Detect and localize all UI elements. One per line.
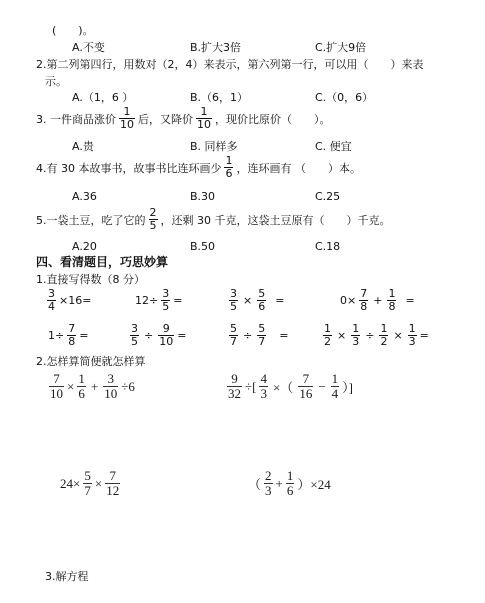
- calc-1-3: 35 × 56 =: [226, 288, 284, 313]
- calc-1-1: 34 ×16=: [44, 288, 91, 313]
- fraction: 712: [105, 469, 120, 498]
- simplify-expr-4: （ 23 + 16 ）×24: [248, 469, 331, 498]
- q1-option-b: B.扩大3倍: [190, 41, 241, 54]
- q1-option-a: A.不变: [72, 41, 105, 54]
- simplify-expr-1: 710 × 16 + 310 ÷6: [46, 372, 135, 401]
- q4-suffix: ，连环画有 （ ）本。: [236, 160, 361, 176]
- calc-tail: =: [279, 329, 288, 342]
- calc-tail: =: [275, 294, 284, 307]
- fraction: 16: [286, 469, 295, 498]
- operator: ×: [337, 329, 346, 342]
- q5-option-a: A.20: [72, 240, 97, 253]
- q4-option-c: C.25: [315, 190, 340, 203]
- calc-tail: =: [405, 294, 414, 307]
- q2-option-a: A.（1，6 ）: [72, 91, 133, 104]
- q1-option-c: C.扩大9倍: [315, 41, 366, 54]
- q3-suffix: ，现价比原价（ ）。: [215, 111, 331, 127]
- calc-head: 24×: [60, 476, 80, 492]
- q5-fraction: 25: [149, 207, 158, 232]
- q2-text-line1: 2.第二列第四行，用数对（2，4）来表示，第六列第一行，可以用（ ）来表: [36, 58, 424, 71]
- operator: +: [373, 294, 382, 307]
- q4-option-b: B.30: [190, 190, 215, 203]
- q3-option-c: C. 便宜: [315, 140, 352, 153]
- q3-prefix: 3. 一件商品涨价: [36, 111, 116, 127]
- fraction: 57: [229, 323, 238, 348]
- calc-1-2: 12÷ 35 =: [135, 288, 182, 313]
- q3-question: 3. 一件商品涨价 110 后，又降价 110 ，现价比原价（ ）。: [36, 106, 331, 131]
- fraction: 12: [379, 323, 388, 348]
- fraction: 910: [158, 323, 174, 348]
- q5-question: 5.一袋土豆，吃了它的 25 ，还剩 30 千克，这袋土豆原有（ ）千克。: [36, 207, 391, 232]
- q5-option-c: C.18: [315, 240, 340, 253]
- fraction: 18: [387, 288, 396, 313]
- q2-text-line2: 示。: [45, 75, 67, 88]
- operator: ×: [243, 294, 252, 307]
- fraction: 710: [49, 372, 64, 401]
- calc-tail: =: [79, 329, 88, 342]
- operator: ÷: [243, 329, 252, 342]
- fraction: 43: [259, 372, 268, 401]
- operator: +: [91, 379, 98, 395]
- q5-option-b: B.50: [190, 240, 215, 253]
- calc-2-3: 57 ÷ 57 =: [226, 323, 288, 348]
- part3-title: 3.解方程: [45, 570, 89, 583]
- fraction: 78: [67, 323, 76, 348]
- simplify-expr-2: 932 ÷[ 43 ×（ 716 − 14 ）]: [224, 372, 353, 401]
- calc-1-4: 0× 78 + 18 =: [340, 288, 415, 313]
- fraction: 78: [359, 288, 368, 313]
- fraction: 34: [47, 288, 56, 313]
- q2-option-b: B.（6，1）: [190, 91, 248, 104]
- calc-tail: ）×24: [297, 474, 330, 493]
- part1-title: 1.直接写得数（8 分）: [36, 273, 145, 286]
- operator: ÷[: [245, 379, 256, 395]
- q4-prefix: 4.有 30 本故事书，故事书比连环画少: [36, 160, 221, 176]
- section-4-title: 四、看清题目，巧思妙算: [36, 256, 168, 269]
- calc-tail: ×16=: [59, 294, 91, 307]
- fraction: 716: [298, 372, 313, 401]
- operator: ×: [67, 379, 74, 395]
- operator: ×: [95, 476, 102, 492]
- operator: ×: [393, 329, 402, 342]
- operator: ×（: [273, 377, 293, 396]
- q4-option-a: A.36: [72, 190, 97, 203]
- fraction: 57: [83, 469, 92, 498]
- calc-tail: =: [177, 329, 186, 342]
- q5-suffix: ，还剩 30 千克，这袋土豆原有（ ）千克。: [161, 212, 391, 228]
- fraction: 16: [77, 372, 86, 401]
- operator: −: [318, 379, 325, 395]
- q2-option-c: C.（0，6）: [315, 91, 373, 104]
- calc-head: 12÷: [135, 294, 158, 307]
- fraction: 35: [130, 323, 139, 348]
- operator: ÷: [144, 329, 153, 342]
- fraction: 13: [408, 323, 417, 348]
- operator: +: [276, 476, 283, 492]
- fraction: 56: [257, 288, 266, 313]
- q3-fraction-2: 110: [196, 106, 212, 131]
- calc-2-2: 35 ÷ 910 =: [127, 323, 186, 348]
- q3-fraction-1: 110: [119, 106, 135, 131]
- fraction: 23: [264, 469, 273, 498]
- q5-prefix: 5.一袋土豆，吃了它的: [36, 212, 146, 228]
- q3-option-a: A.贵: [72, 140, 94, 153]
- fraction: 12: [323, 323, 332, 348]
- fraction: 35: [161, 288, 170, 313]
- calc-2-1: 1÷ 78 =: [48, 323, 88, 348]
- fraction: 35: [229, 288, 238, 313]
- simplify-expr-3: 24× 57 × 712: [60, 469, 123, 498]
- calc-tail: =: [420, 329, 429, 342]
- calc-tail: ）]: [342, 377, 353, 396]
- q4-fraction: 16: [224, 155, 233, 180]
- part2-title: 2.怎样算简便就怎样算: [36, 355, 146, 368]
- fraction: 932: [227, 372, 242, 401]
- fraction: 14: [331, 372, 340, 401]
- fraction: 310: [103, 372, 118, 401]
- fraction: 57: [257, 323, 266, 348]
- calc-2-4: 12 × 13 ÷ 12 × 13 =: [320, 323, 429, 348]
- q1-blank: ( )。: [52, 24, 94, 37]
- calc-head: （: [248, 474, 261, 493]
- calc-head: 0×: [340, 294, 356, 307]
- calc-tail: =: [173, 294, 182, 307]
- fraction: 13: [351, 323, 360, 348]
- operator: ÷: [365, 329, 374, 342]
- calc-head: 1÷: [48, 329, 64, 342]
- q3-middle: 后，又降价: [138, 111, 193, 127]
- q3-option-b: B. 同样多: [190, 140, 238, 153]
- calc-tail: ÷6: [121, 379, 135, 395]
- q4-question: 4.有 30 本故事书，故事书比连环画少 16 ，连环画有 （ ）本。: [36, 155, 361, 180]
